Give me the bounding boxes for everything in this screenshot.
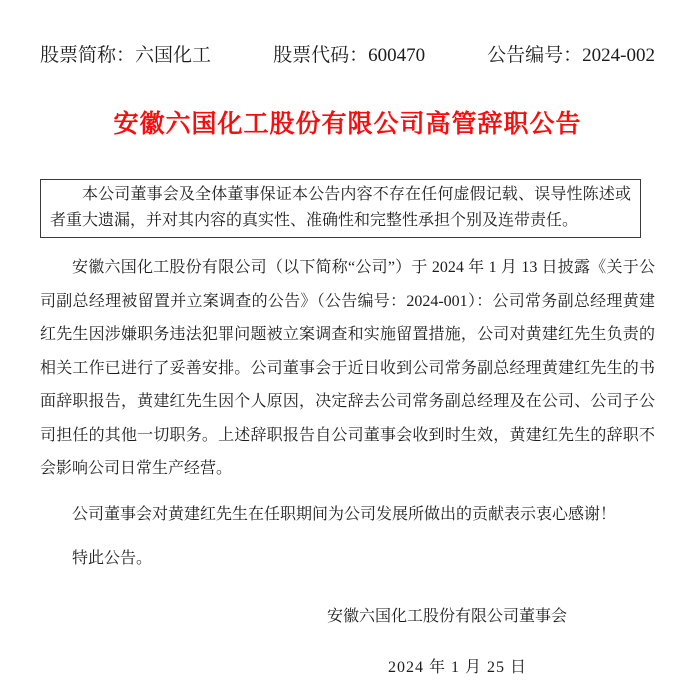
- closing-statement: 特此公告。: [40, 542, 655, 576]
- announcement-number: 公告编号：2024-002: [487, 45, 655, 67]
- signature-company: 安徽六国化工股份有限公司董事会: [40, 600, 655, 633]
- board-disclaimer-box: 本公司董事会及全体董事保证本公告内容不存在任何虚假记载、误导性陈述或者重大遗漏，…: [40, 179, 641, 238]
- stock-code: 股票代码：600470: [273, 45, 425, 67]
- resignation-body-paragraph: 安徽六国化工股份有限公司（以下简称“公司”）于 2024 年 1 月 13 日披…: [40, 251, 655, 486]
- stock-abbreviation: 股票简称：六国化工: [40, 45, 211, 67]
- gratitude-paragraph: 公司董事会对黄建红先生在任职期间为公司发展所做出的贡献表示衷心感谢！: [40, 498, 655, 532]
- announcement-title: 安徽六国化工股份有限公司高管辞职公告: [40, 107, 655, 141]
- document-content: 股票简称：六国化工 股票代码：600470 公告编号：2024-002 安徽六国…: [0, 0, 695, 684]
- stock-info-header: 股票简称：六国化工 股票代码：600470 公告编号：2024-002: [40, 45, 655, 67]
- announcement-document: 股票简称：六国化工 股票代码：600470 公告编号：2024-002 安徽六国…: [0, 0, 695, 691]
- signature-date: 2024 年 1 月 25 日: [40, 651, 655, 684]
